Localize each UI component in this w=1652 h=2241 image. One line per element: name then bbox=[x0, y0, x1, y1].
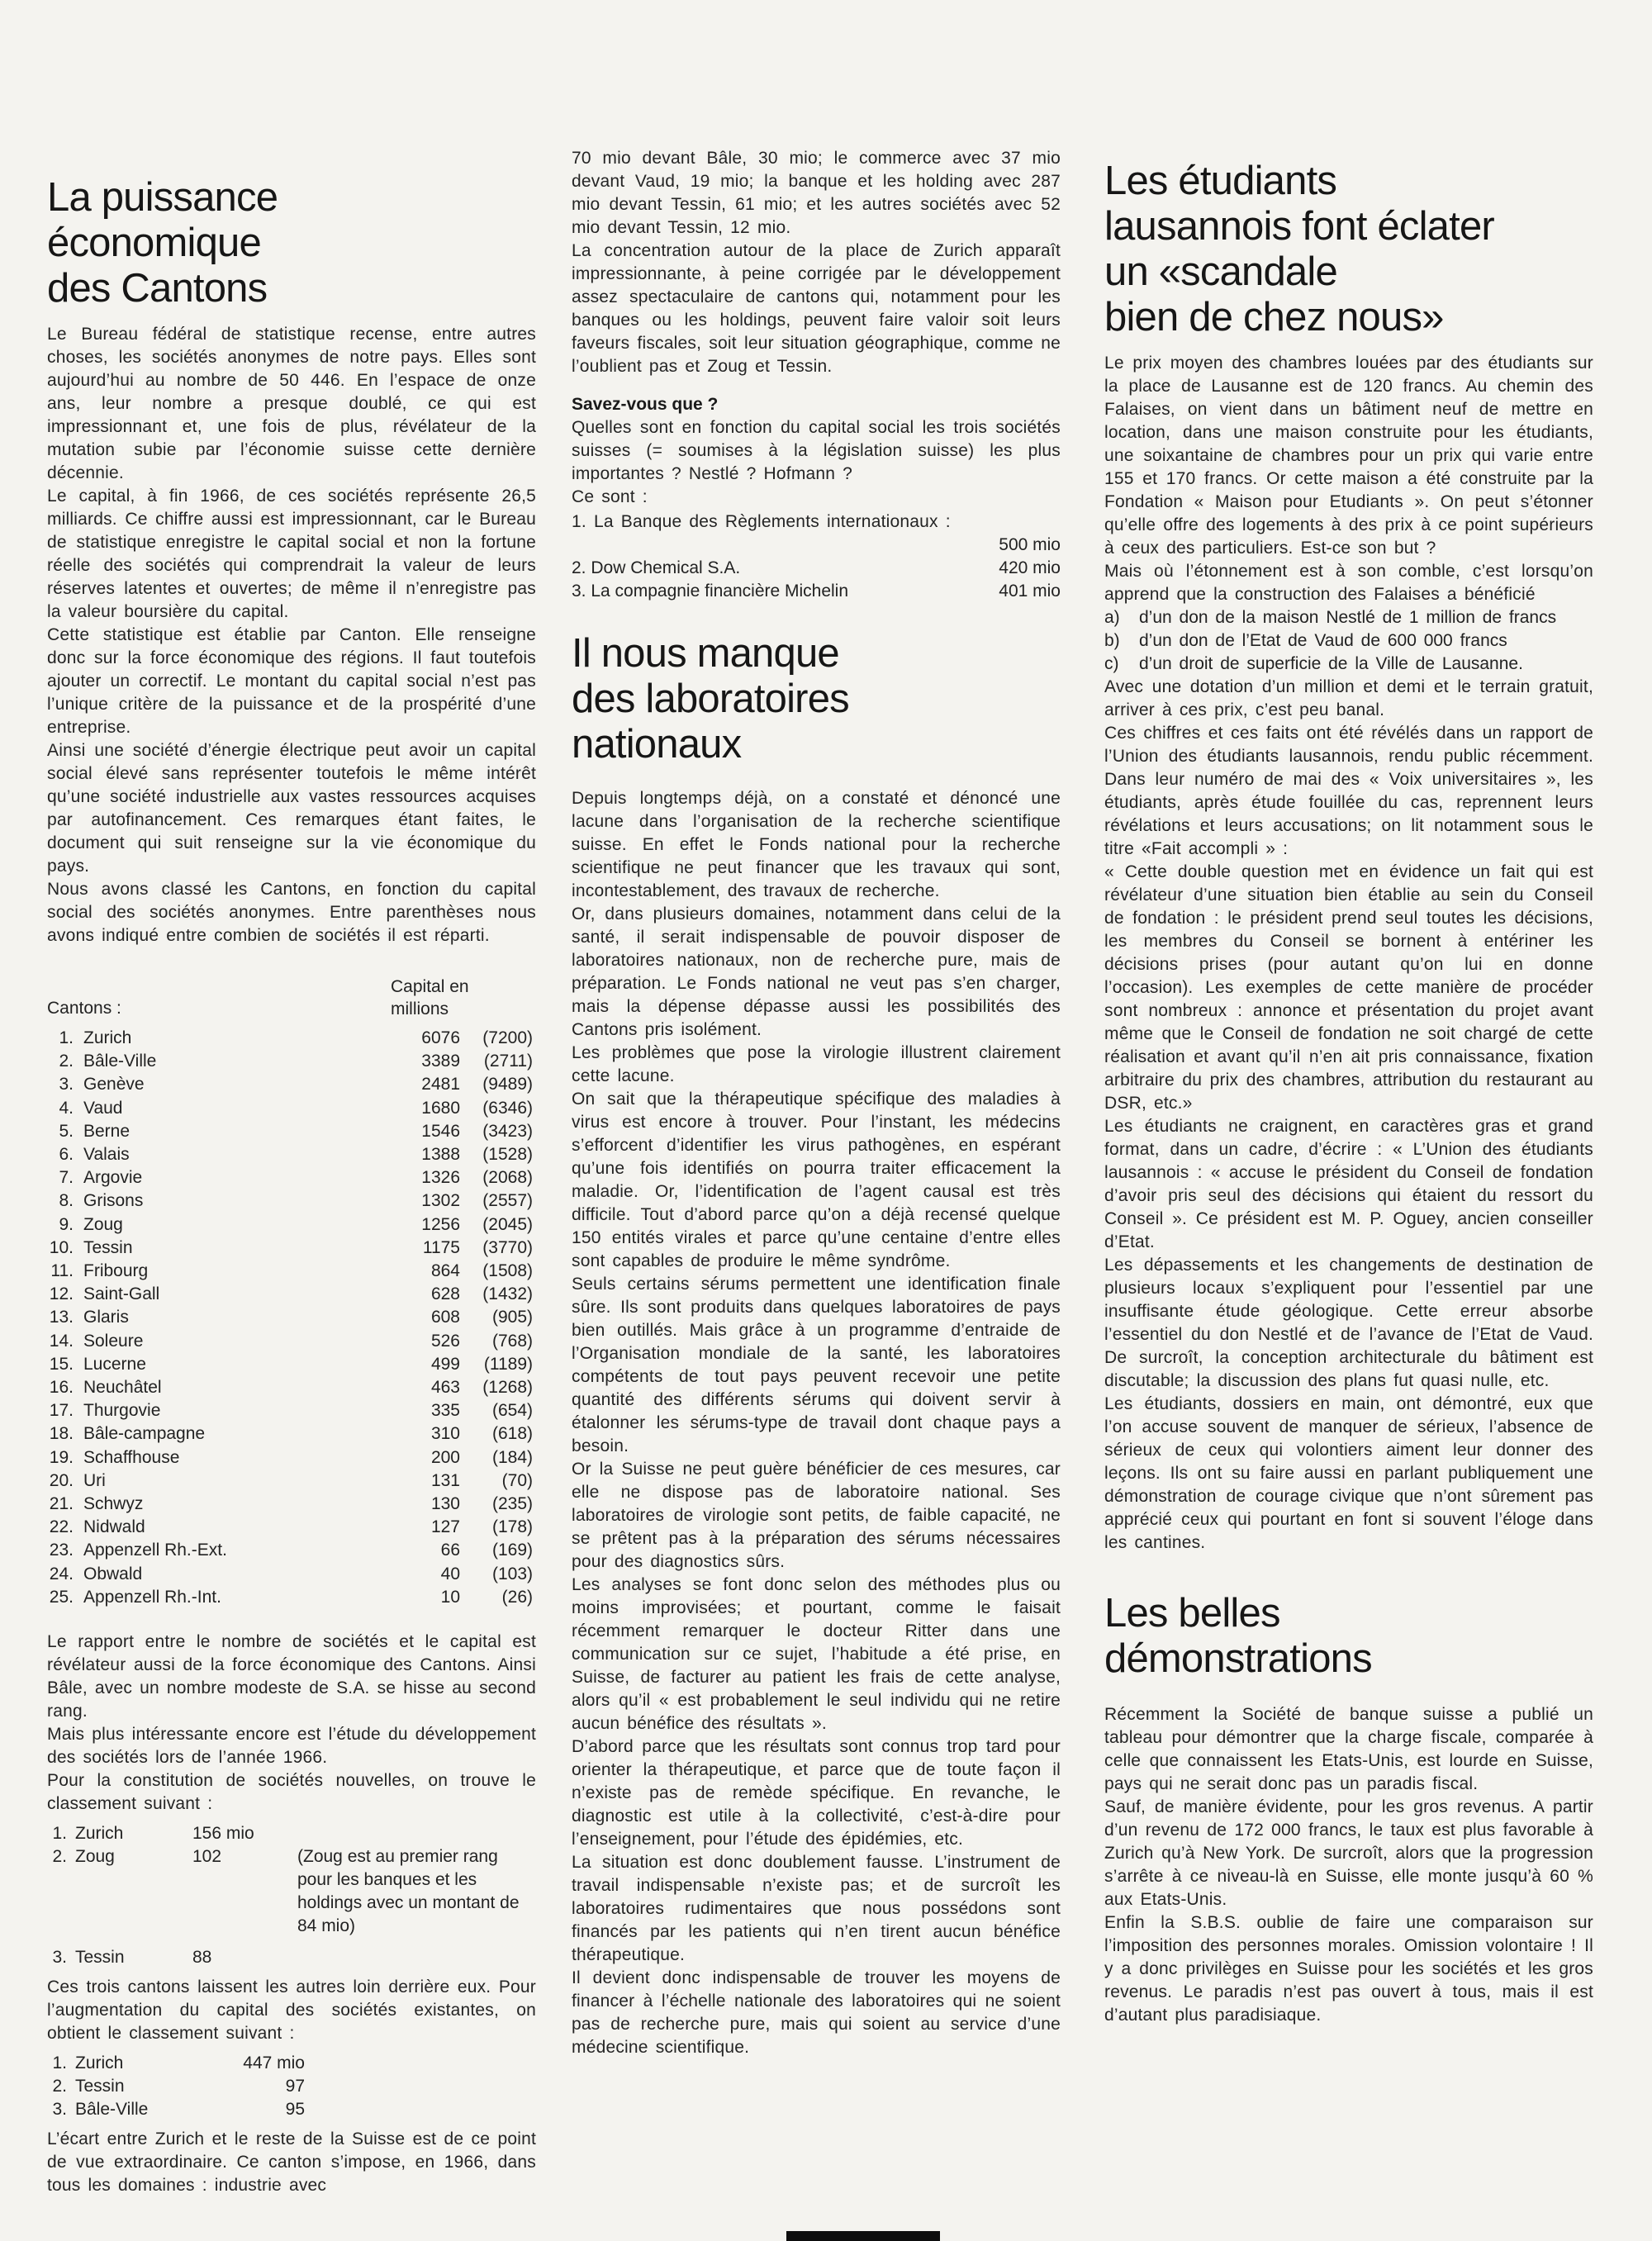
company-value: 401 mio bbox=[999, 580, 1061, 603]
table-row: 2. Bâle-Ville 3389 (2711) bbox=[47, 1050, 536, 1073]
ranking-canton: Zurich bbox=[75, 2052, 192, 2075]
table-cell-count: (1508) bbox=[460, 1260, 533, 1283]
newspaper-page: La puissance économique des Cantons Le B… bbox=[0, 0, 1652, 2241]
headline-line: des laboratoires bbox=[572, 677, 1061, 722]
table-cell-capital: 66 bbox=[311, 1539, 460, 1562]
table-cell-capital: 131 bbox=[311, 1469, 460, 1493]
paragraph: Sauf, de manière évidente, pour les gros… bbox=[1104, 1796, 1593, 1911]
table-cell-capital: 200 bbox=[311, 1446, 460, 1469]
table-row: 3. Genève 2481 (9489) bbox=[47, 1073, 536, 1096]
headline-line: Les étudiants bbox=[1104, 159, 1593, 204]
table-cell-count: (235) bbox=[460, 1493, 533, 1516]
table-cell-capital: 1680 bbox=[311, 1097, 460, 1120]
headline-line: lausannois font éclater bbox=[1104, 204, 1593, 249]
paragraph: Cette statistique est établie par Canton… bbox=[47, 624, 536, 739]
table-cell-count: (103) bbox=[460, 1563, 533, 1586]
table-row: 12. Saint-Gall 628 (1432) bbox=[47, 1283, 536, 1306]
headline-line: économique bbox=[47, 221, 536, 266]
table-cell-count: (618) bbox=[460, 1422, 533, 1446]
table-cell-canton: Thurgovie bbox=[83, 1399, 311, 1422]
headline-line: Il nous manque bbox=[572, 631, 1061, 677]
table-cell-count: (3770) bbox=[460, 1237, 533, 1260]
table-cell-rank: 9. bbox=[47, 1213, 83, 1237]
table-header: Cantons : Capital en millions bbox=[47, 976, 536, 1020]
list-item-label: a) bbox=[1104, 606, 1139, 629]
table-cell-canton: Tessin bbox=[83, 1237, 311, 1260]
company-label: 1. La Banque des Règlements internationa… bbox=[572, 510, 1061, 534]
table-cell-canton: Appenzell Rh.-Int. bbox=[83, 1586, 311, 1609]
paragraph: « Cette double question met en évidence … bbox=[1104, 861, 1593, 1115]
ranking-value: 95 bbox=[192, 2098, 305, 2121]
paragraph: Or, dans plusieurs domaines, notamment d… bbox=[572, 903, 1061, 1042]
headline-line: des Cantons bbox=[47, 266, 536, 311]
list-item-text: d’un don de l’Etat de Vaud de 600 000 fr… bbox=[1139, 629, 1593, 653]
table-row: 5. Berne 1546 (3423) bbox=[47, 1120, 536, 1143]
company-label: 2. Dow Chemical S.A. bbox=[572, 557, 740, 580]
table-row: 19. Schaffhouse 200 (184) bbox=[47, 1446, 536, 1469]
table-cell-rank: 1. bbox=[47, 1027, 83, 1050]
table-cell-capital: 40 bbox=[311, 1563, 460, 1586]
table-cell-capital: 1302 bbox=[311, 1189, 460, 1213]
table-cell-count: (184) bbox=[460, 1446, 533, 1469]
table-cell-rank: 11. bbox=[47, 1260, 83, 1283]
ranking-rank: 2. bbox=[47, 2075, 75, 2098]
paragraph: Depuis longtemps déjà, on a constaté et … bbox=[572, 787, 1061, 903]
table-row: 24. Obwald 40 (103) bbox=[47, 1563, 536, 1586]
table-cell-count: (3423) bbox=[460, 1120, 533, 1143]
table-cell-rank: 22. bbox=[47, 1516, 83, 1539]
table-row: 25. Appenzell Rh.-Int. 10 (26) bbox=[47, 1586, 536, 1609]
table-cell-capital: 499 bbox=[311, 1353, 460, 1376]
table-cell-rank: 20. bbox=[47, 1469, 83, 1493]
paragraph: Or la Suisse ne peut guère bénéficier de… bbox=[572, 1458, 1061, 1574]
table-row: 20. Uri 131 (70) bbox=[47, 1469, 536, 1493]
ranking-value: 447 mio bbox=[192, 2052, 305, 2075]
scan-edge-mark bbox=[786, 2231, 940, 2241]
table-header-cantons: Cantons : bbox=[47, 997, 121, 1020]
table-cell-capital: 1546 bbox=[311, 1120, 460, 1143]
table-body: 1. Zurich 6076 (7200) 2. Bâle-Ville 3389… bbox=[47, 1027, 536, 1609]
table-cell-rank: 18. bbox=[47, 1422, 83, 1446]
table-cell-canton: Lucerne bbox=[83, 1353, 311, 1376]
table-cell-capital: 463 bbox=[311, 1376, 460, 1399]
paragraph: Pour la constitution de sociétés nouvell… bbox=[47, 1769, 536, 1816]
paragraph: Seuls certains sérums permettent une ide… bbox=[572, 1273, 1061, 1458]
table-cell-count: (2068) bbox=[460, 1166, 533, 1189]
paragraph: Les étudiants, dossiers en main, ont dém… bbox=[1104, 1393, 1593, 1555]
table-cell-count: (905) bbox=[460, 1306, 533, 1329]
ranking-row: 3. Tessin 88 bbox=[47, 1946, 536, 1969]
table-row: 15. Lucerne 499 (1189) bbox=[47, 1353, 536, 1376]
article-laboratoires: 70 mio devant Bâle, 30 mio; le commerce … bbox=[572, 147, 1061, 2059]
company-row: 1. La Banque des Règlements internationa… bbox=[572, 510, 1061, 557]
paragraph: Ce sont : bbox=[572, 486, 1061, 509]
ranking-value: 156 mio bbox=[192, 1822, 254, 1845]
table-cell-canton: Fribourg bbox=[83, 1260, 311, 1283]
table-row: 4. Vaud 1680 (6346) bbox=[47, 1097, 536, 1120]
paragraph: Mais où l’étonnement est à son comble, c… bbox=[1104, 560, 1593, 606]
table-cell-rank: 8. bbox=[47, 1189, 83, 1213]
table-header-line: millions bbox=[391, 998, 536, 1020]
ranking-rank: 2. bbox=[47, 1845, 75, 1868]
table-cell-canton: Soleure bbox=[83, 1330, 311, 1353]
ranking-canton: Tessin bbox=[75, 2075, 192, 2098]
table-cell-count: (9489) bbox=[460, 1073, 533, 1096]
ranking-row: 2. Tessin 97 bbox=[47, 2075, 536, 2098]
table-cell-capital: 526 bbox=[311, 1330, 460, 1353]
article-title-demonstrations: Les belles démonstrations bbox=[1104, 1591, 1593, 1682]
list-item-label: b) bbox=[1104, 629, 1139, 653]
table-row: 11. Fribourg 864 (1508) bbox=[47, 1260, 536, 1283]
subhead-savez-vous: Savez-vous que ? bbox=[572, 393, 1061, 416]
headline-line: Les belles bbox=[1104, 1591, 1593, 1636]
table-cell-count: (6346) bbox=[460, 1097, 533, 1120]
table-cell-capital: 1326 bbox=[311, 1166, 460, 1189]
paragraph: La concentration autour de la place de Z… bbox=[572, 240, 1061, 378]
table-cell-capital: 310 bbox=[311, 1422, 460, 1446]
table-cell-rank: 3. bbox=[47, 1073, 83, 1096]
article-title-cantons: La puissance économique des Cantons bbox=[47, 175, 536, 311]
headline-line: La puissance bbox=[47, 175, 536, 221]
table-cell-canton: Bâle-Ville bbox=[83, 1050, 311, 1073]
paragraph: Ainsi une société d’énergie électrique p… bbox=[47, 739, 536, 878]
table-row: 8. Grisons 1302 (2557) bbox=[47, 1189, 536, 1213]
list-item-label: c) bbox=[1104, 653, 1139, 676]
paragraph: Ces trois cantons laissent les autres lo… bbox=[47, 1976, 536, 2045]
table-cell-capital: 1388 bbox=[311, 1143, 460, 1166]
paragraph: Mais plus intéressante encore est l’étud… bbox=[47, 1723, 536, 1769]
article-etudiants-lausannois: Les étudiants lausannois font éclater un… bbox=[1104, 159, 1593, 2027]
table-cell-rank: 19. bbox=[47, 1446, 83, 1469]
table-cell-count: (1432) bbox=[460, 1283, 533, 1306]
table-cell-capital: 864 bbox=[311, 1260, 460, 1283]
ranking-canton: Zurich bbox=[75, 1822, 192, 1845]
table-cell-canton: Saint-Gall bbox=[83, 1283, 311, 1306]
table-cell-capital: 2481 bbox=[311, 1073, 460, 1096]
table-cell-canton: Bâle-campagne bbox=[83, 1422, 311, 1446]
table-cell-rank: 4. bbox=[47, 1097, 83, 1120]
ranking-capital-increase: 1. Zurich 447 mio 2. Tessin 97 3. Bâle-V… bbox=[47, 2052, 536, 2121]
table-cell-rank: 10. bbox=[47, 1237, 83, 1260]
ranking-row: 1. Zurich 447 mio bbox=[47, 2052, 536, 2075]
headline-line: un «scandale bbox=[1104, 249, 1593, 295]
table-cell-capital: 608 bbox=[311, 1306, 460, 1329]
table-cell-rank: 25. bbox=[47, 1586, 83, 1609]
table-cell-capital: 130 bbox=[311, 1493, 460, 1516]
paragraph: Le prix moyen des chambres louées par de… bbox=[1104, 352, 1593, 560]
paragraph: Les problèmes que pose la virologie illu… bbox=[572, 1042, 1061, 1088]
table-cell-count: (169) bbox=[460, 1539, 533, 1562]
table-cell-count: (2557) bbox=[460, 1189, 533, 1213]
table-cell-canton: Valais bbox=[83, 1143, 311, 1166]
table-cell-count: (178) bbox=[460, 1516, 533, 1539]
list-item-a: a) d’un don de la maison Nestlé de 1 mil… bbox=[1104, 606, 1593, 629]
table-cell-count: (1528) bbox=[460, 1143, 533, 1166]
ranking-value: 97 bbox=[192, 2075, 305, 2098]
table-row: 7. Argovie 1326 (2068) bbox=[47, 1166, 536, 1189]
company-label: 3. La compagnie financière Michelin bbox=[572, 580, 848, 603]
paragraph: Le rapport entre le nombre de sociétés e… bbox=[47, 1631, 536, 1723]
table-cell-rank: 13. bbox=[47, 1306, 83, 1329]
article-title-laboratoires: Il nous manque des laboratoires nationau… bbox=[572, 631, 1061, 767]
company-row: 3. La compagnie financière Michelin 401 … bbox=[572, 580, 1061, 603]
list-item-text: d’un droit de superficie de la Ville de … bbox=[1139, 653, 1593, 676]
table-cell-rank: 23. bbox=[47, 1539, 83, 1562]
table-header-capital: Capital en millions bbox=[391, 976, 536, 1020]
headline-line: nationaux bbox=[572, 722, 1061, 767]
paragraph: Enfin la S.B.S. oublie de faire une comp… bbox=[1104, 1911, 1593, 2027]
table-cell-count: (2711) bbox=[460, 1050, 533, 1073]
table-cell-canton: Nidwald bbox=[83, 1516, 311, 1539]
company-value: 500 mio bbox=[572, 534, 1061, 557]
table-cell-canton: Glaris bbox=[83, 1306, 311, 1329]
article-title-etudiants: Les étudiants lausannois font éclater un… bbox=[1104, 159, 1593, 340]
top-companies-list: 1. La Banque des Règlements internationa… bbox=[572, 510, 1061, 603]
table-cell-capital: 127 bbox=[311, 1516, 460, 1539]
table-cell-canton: Uri bbox=[83, 1469, 311, 1493]
ranking-value: 102 bbox=[192, 1845, 221, 1868]
table-row: 9. Zoug 1256 (2045) bbox=[47, 1213, 536, 1237]
paragraph: Le Bureau fédéral de statistique recense… bbox=[47, 323, 536, 485]
table-cell-rank: 21. bbox=[47, 1493, 83, 1516]
table-cell-rank: 17. bbox=[47, 1399, 83, 1422]
table-cell-capital: 6076 bbox=[311, 1027, 460, 1050]
list-item-text: d’un don de la maison Nestlé de 1 millio… bbox=[1139, 606, 1593, 629]
table-cell-capital: 1175 bbox=[311, 1237, 460, 1260]
table-row: 23. Appenzell Rh.-Ext. 66 (169) bbox=[47, 1539, 536, 1562]
table-cell-rank: 2. bbox=[47, 1050, 83, 1073]
table-cell-rank: 15. bbox=[47, 1353, 83, 1376]
table-cell-canton: Zurich bbox=[83, 1027, 311, 1050]
paragraph: Récemment la Société de banque suisse a … bbox=[1104, 1703, 1593, 1796]
table-cell-rank: 14. bbox=[47, 1330, 83, 1353]
company-value: 420 mio bbox=[999, 557, 1061, 580]
table-row: 22. Nidwald 127 (178) bbox=[47, 1516, 536, 1539]
ranking-canton: Zoug bbox=[75, 1845, 192, 1868]
headline-line: bien de chez nous» bbox=[1104, 295, 1593, 340]
headline-line: démonstrations bbox=[1104, 1636, 1593, 1682]
table-row: 10. Tessin 1175 (3770) bbox=[47, 1237, 536, 1260]
table-cell-capital: 628 bbox=[311, 1283, 460, 1306]
list-item-c: c) d’un droit de superficie de la Ville … bbox=[1104, 653, 1593, 676]
paragraph: Les dépassements et les changements de d… bbox=[1104, 1254, 1593, 1393]
table-cell-count: (768) bbox=[460, 1330, 533, 1353]
table-cell-rank: 5. bbox=[47, 1120, 83, 1143]
table-cell-count: (26) bbox=[460, 1586, 533, 1609]
paragraph: Les analyses se font donc selon des méth… bbox=[572, 1574, 1061, 1735]
ranking-rank: 3. bbox=[47, 2098, 75, 2121]
paragraph: 70 mio devant Bâle, 30 mio; le commerce … bbox=[572, 147, 1061, 240]
table-cell-count: (1268) bbox=[460, 1376, 533, 1399]
company-row: 2. Dow Chemical S.A. 420 mio bbox=[572, 557, 1061, 580]
table-cell-capital: 10 bbox=[311, 1586, 460, 1609]
ranking-value: 88 bbox=[192, 1946, 211, 1969]
table-cell-canton: Schaffhouse bbox=[83, 1446, 311, 1469]
ranking-row: 3. Bâle-Ville 95 bbox=[47, 2098, 536, 2121]
ranking-canton: Tessin bbox=[75, 1946, 192, 1969]
table-cell-canton: Schwyz bbox=[83, 1493, 311, 1516]
paragraph: L’écart entre Zurich et le reste de la S… bbox=[47, 2128, 536, 2197]
table-cell-capital: 1256 bbox=[311, 1213, 460, 1237]
table-row: 6. Valais 1388 (1528) bbox=[47, 1143, 536, 1166]
table-cell-canton: Vaud bbox=[83, 1097, 311, 1120]
table-row: 1. Zurich 6076 (7200) bbox=[47, 1027, 536, 1050]
paragraph: D’abord parce que les résultats sont con… bbox=[572, 1735, 1061, 1851]
table-cell-count: (70) bbox=[460, 1469, 533, 1493]
table-cell-canton: Neuchâtel bbox=[83, 1376, 311, 1399]
paragraph: Avec une dotation d’un million et demi e… bbox=[1104, 676, 1593, 722]
table-cell-count: (2045) bbox=[460, 1213, 533, 1237]
ranking-note-zoug: (Zoug est au premier rang pour les banqu… bbox=[297, 1845, 536, 1938]
table-row: 21. Schwyz 130 (235) bbox=[47, 1493, 536, 1516]
table-row: 16. Neuchâtel 463 (1268) bbox=[47, 1376, 536, 1399]
article-puissance-cantons: La puissance économique des Cantons Le B… bbox=[47, 175, 536, 2197]
table-header-line: Capital en bbox=[391, 976, 536, 998]
table-cell-rank: 16. bbox=[47, 1376, 83, 1399]
table-cell-count: (1189) bbox=[460, 1353, 533, 1376]
table-cell-rank: 12. bbox=[47, 1283, 83, 1306]
table-row: 14. Soleure 526 (768) bbox=[47, 1330, 536, 1353]
ranking-rank: 1. bbox=[47, 2052, 75, 2075]
paragraph: Ces chiffres et ces faits ont été révélé… bbox=[1104, 722, 1593, 861]
paragraph: Quelles sont en fonction du capital soci… bbox=[572, 416, 1061, 486]
table-cell-capital: 3389 bbox=[311, 1050, 460, 1073]
table-row: 17. Thurgovie 335 (654) bbox=[47, 1399, 536, 1422]
paragraph: Les étudiants ne craignent, en caractère… bbox=[1104, 1115, 1593, 1254]
list-item-b: b) d’un don de l’Etat de Vaud de 600 000… bbox=[1104, 629, 1593, 653]
canton-capital-table: Cantons : Capital en millions 1. Zurich … bbox=[47, 976, 536, 1609]
table-row: 18. Bâle-campagne 310 (618) bbox=[47, 1422, 536, 1446]
table-cell-count: (7200) bbox=[460, 1027, 533, 1050]
table-cell-rank: 24. bbox=[47, 1563, 83, 1586]
table-row: 13. Glaris 608 (905) bbox=[47, 1306, 536, 1329]
table-cell-canton: Grisons bbox=[83, 1189, 311, 1213]
table-cell-count: (654) bbox=[460, 1399, 533, 1422]
table-cell-canton: Obwald bbox=[83, 1563, 311, 1586]
paragraph: La situation est donc doublement fausse.… bbox=[572, 1851, 1061, 1967]
ranking-rank: 3. bbox=[47, 1946, 75, 1969]
ranking-new-companies: 1. Zurich 156 mio 2. Zoug 102 (Zoug est … bbox=[47, 1822, 536, 1969]
ranking-row: 1. Zurich 156 mio bbox=[47, 1822, 536, 1845]
paragraph: Nous avons classé les Cantons, en foncti… bbox=[47, 878, 536, 947]
table-cell-capital: 335 bbox=[311, 1399, 460, 1422]
table-cell-canton: Berne bbox=[83, 1120, 311, 1143]
table-cell-canton: Genève bbox=[83, 1073, 311, 1096]
ranking-canton: Bâle-Ville bbox=[75, 2098, 192, 2121]
table-cell-canton: Argovie bbox=[83, 1166, 311, 1189]
paragraph: Le capital, à fin 1966, de ces sociétés … bbox=[47, 485, 536, 624]
paragraph: Il devient donc indispensable de trouver… bbox=[572, 1967, 1061, 2059]
table-cell-canton: Zoug bbox=[83, 1213, 311, 1237]
paragraph: On sait que la thérapeutique spécifique … bbox=[572, 1088, 1061, 1273]
table-cell-rank: 6. bbox=[47, 1143, 83, 1166]
table-cell-rank: 7. bbox=[47, 1166, 83, 1189]
table-cell-canton: Appenzell Rh.-Ext. bbox=[83, 1539, 311, 1562]
ranking-rank: 1. bbox=[47, 1822, 75, 1845]
